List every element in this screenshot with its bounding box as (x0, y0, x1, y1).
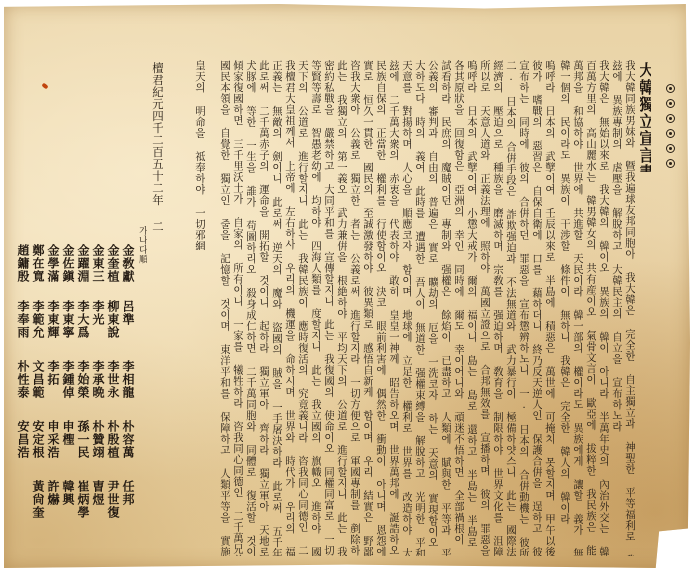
signer-name: 金奎植 (107, 244, 119, 283)
signer-name: 李東寧 (62, 300, 74, 339)
body-column: 我檀君大皇祖께서 上帝에 左右하사 우리의 機運을 命하시며 世界와 時代가 우… (284, 60, 295, 556)
body-column: 此는 我獨立의 第一義오 武力兼倂을 根絶하야 平均天下의 公道로 進行할지니 … (336, 60, 347, 556)
signer-name: 金學滿 (47, 244, 59, 283)
body-column: 所以로 天意人道와 正義法理에 照하야 萬國立證으로 合邦無效를 宣播하며 彼의… (479, 60, 490, 556)
signer-name: 李鍾倬 (62, 360, 74, 399)
body-column: 民族自保의 正當한 權利를 行使함이오 決코 眼前利害에 偶然한 衝動이 아니며… (375, 60, 386, 556)
body-column: 經濟의 壓迫으로 種族을 磨滅하며 宗敎를 强迫하며 敎育을 制限하야 世界文化… (492, 60, 503, 556)
signer-name: 任邦 (122, 480, 134, 506)
body-column: 天下의 公道로 進行할지니 此는 我韓民族이 應時復活의 究竟義니라 咨我同心同… (297, 60, 308, 556)
circle-mark-icon (666, 114, 675, 123)
signer-name: 尹世復 (107, 480, 119, 519)
signer-name: 李光 (92, 300, 104, 326)
signer-name: 孫一民 (77, 420, 89, 459)
signer-name: 李拓 (47, 360, 59, 386)
signer-name: 朴容萬 (122, 420, 134, 459)
body-column: 密約私戰을 嚴禁하고 大同平和를 宣傳할지니 此는 我復國의 使命이오 同權同富… (323, 60, 334, 556)
signer-name: 安昌浩 (17, 420, 29, 459)
signer-name: 金佐鎭 (62, 244, 74, 283)
signer-name: 金敎獻 (122, 244, 134, 283)
signer-name: 李大爲 (77, 300, 89, 339)
body-column: 國民本領을 自覺한 獨立인 줄을 記憶할 것이며 東洋平和를 保障하고 人類平等… (219, 60, 230, 556)
body-column: 嗚呼라 日本의 武孼이여 壬辰以來로 半島에 積惡은 萬世에 可掩치 못할지며 … (544, 60, 555, 556)
signer-name: 文昌範 (32, 360, 44, 399)
document-title: 大韓獨立宣言書 (640, 62, 651, 172)
signer-name: 黃尙奎 (32, 480, 44, 519)
body-column: 萬邦을 和協하야 世界에 共進할 天民이라 韓一部의 權이라도 異族에게 讓할 … (572, 60, 583, 556)
body-column: 犬豚에 等한 一生을 誰가 苟圖하리오 殺身成仁하면 二千萬同胞와 同體로 復活… (245, 60, 256, 556)
body-column: 大하도다 時의 義여 此時를 遭遇한 吾人이 無道한 强權束縛을 解脫하고 光明… (414, 60, 425, 556)
body-column: 傾家復國하면 三千里沃土가 自家의 所有이니 一家를 犧牲하라 咨我同心同德인 … (232, 60, 243, 556)
body-column: 韓一個의 民이라도 異族이 干涉할 條件이 無하니 我韓은 完全한 韓人의 韓이… (559, 60, 570, 556)
signer-name: 朴殷植 (107, 420, 119, 459)
title-marks (666, 84, 675, 168)
signer-name: 李承晩 (92, 360, 104, 399)
body-column: 嗚呼라 日本의 武孼이여 小懲大戒가 爾의 福이니 島는 島로 還하고 半島는 … (466, 60, 477, 556)
body-column: 宣布하는 同時에 彼의 合倂하던 罪惡을 宣布懲辨하노니 一. 日本의 合倂動機… (518, 60, 529, 556)
signer-name: 崔炳學 (77, 480, 89, 519)
signer-name: 金東三 (92, 244, 104, 283)
signer-name: 趙鏞殷 (17, 244, 29, 283)
body-column: 皇天의 明命을 祗奉하야 一切邪網에서 解脫하는 建國인 줄을 確信하야 肉彈血… (194, 60, 205, 250)
signer-name: 李世永 (107, 360, 119, 399)
signer-name: 李東輝 (47, 300, 59, 339)
body-column: 等賢等壽로 智愚老幼에 均하야 四海人類를 度할지니 此는 我立國의 旗幟오 進… (310, 60, 321, 556)
body-column: 彼가 嗜戰의 惡習은 自保自衛에 口를 藉하더니 終乃反天逆人인 保護合倂을 逞… (531, 60, 542, 556)
body-column: 實로 恒久一貫한 國民의 至誠激發하야 彼異類로 感悟自新케 함이며 우리 結實… (362, 60, 373, 556)
signer-name: 安定根 (32, 420, 44, 459)
body-column: 玆에 異族專制의 虐壓을 解脫하고 大韓民主의 自立을 宣布하노라 (611, 60, 622, 556)
signer-name: 許爀 (47, 480, 59, 506)
signer-name: 金躍淵 (77, 244, 89, 283)
signer-name: 鄭在寬 (32, 244, 44, 283)
body-column: 二. 日本의 合倂手段은 詐欺强迫과 不法無道와 武力暴行이 極備하얏스니 此는… (505, 60, 516, 556)
circle-mark-icon (666, 84, 675, 93)
signer-name: 李始榮 (77, 360, 89, 399)
signer-name: 申檉 (62, 420, 74, 446)
signer-name: 朴贊翊 (92, 420, 104, 459)
body-column: 各其原狀을 回復함은 亞洲의 幸인 同時에 爾도 幸이어니와 頑迷不悟하면 全部… (453, 60, 464, 556)
body-column: 正義는 無敵의 劍이니 此로써 逆天의 魔와 盜國의 賊을 一手屠決하라 此로써… (271, 60, 282, 556)
body-column: 天意를 對揚하며 人心을 順應코자 함이며 地球에 立足한 權利로 世界를 改造… (401, 60, 412, 556)
body-column: 我大韓은 無始以來로 我大韓의 韓이오 異族의 韓이 아니라 半萬年史의 內治外… (598, 60, 609, 556)
signer-name: 曺煜 (92, 480, 104, 506)
signer-name: 李相龍 (122, 360, 134, 399)
body-column: 此로써 二千萬赤子의 運命을 開拓할 것이니 起하라 獨立軍아 齊하라 獨立軍아… (258, 60, 269, 556)
circle-mark-icon (666, 144, 675, 153)
body-column: 我大韓同族男妹와 曁我遍球友邦同胞아 我大韓은 完全한 自主獨立과 神聖한 平等… (624, 60, 635, 556)
signer-name: 李奉雨 (17, 300, 29, 339)
body-column: 百萬方里의 高山麗水는 韓男韓女의 共有産이오 氣骨文言이 歐亞에 拔粹한 我民… (585, 60, 596, 556)
signer-name: 申采浩 (47, 420, 59, 459)
signer-name: 呂準 (122, 300, 134, 326)
signers-header: 가나다順 (136, 226, 147, 266)
body-column: 咨我大衆아 公義로 獨立한 者는 公義로써 進行할지라 一切方便으로 軍國專制를… (349, 60, 360, 556)
signer-name: 李範允 (32, 300, 44, 339)
circle-mark-icon (666, 159, 675, 168)
date-line: 檀君紀元四千二百五十二年 二月 日 (152, 62, 163, 232)
document-paper: 大韓獨立宣言書 我大韓同族男妹와 曁我遍球友邦同胞아 我大韓은 完全한 自主獨立… (4, 4, 690, 568)
body-column: 試看하라 民庶의 魔賊이던 專制와 强權은 餘焰이 已盡하고 人類에 賦與한 平… (440, 60, 451, 556)
body-column: 玆에 二千萬大衆의 赤衷을 代表하야 敢히 皇皇一神께 昭告하오며 世界萬邦에 … (388, 60, 399, 556)
signer-name: 朴性泰 (17, 360, 29, 399)
circle-mark-icon (666, 99, 675, 108)
signer-name: 韓興 (62, 480, 74, 506)
body-column: 公義의 審判과 自由의 普遍은 實로 曠劫의 厄을 一洗코자 하는 天意의 實現… (427, 60, 438, 556)
circle-mark-icon (666, 129, 675, 138)
ink-stain (41, 83, 48, 90)
signer-name: 柳東說 (107, 300, 119, 339)
